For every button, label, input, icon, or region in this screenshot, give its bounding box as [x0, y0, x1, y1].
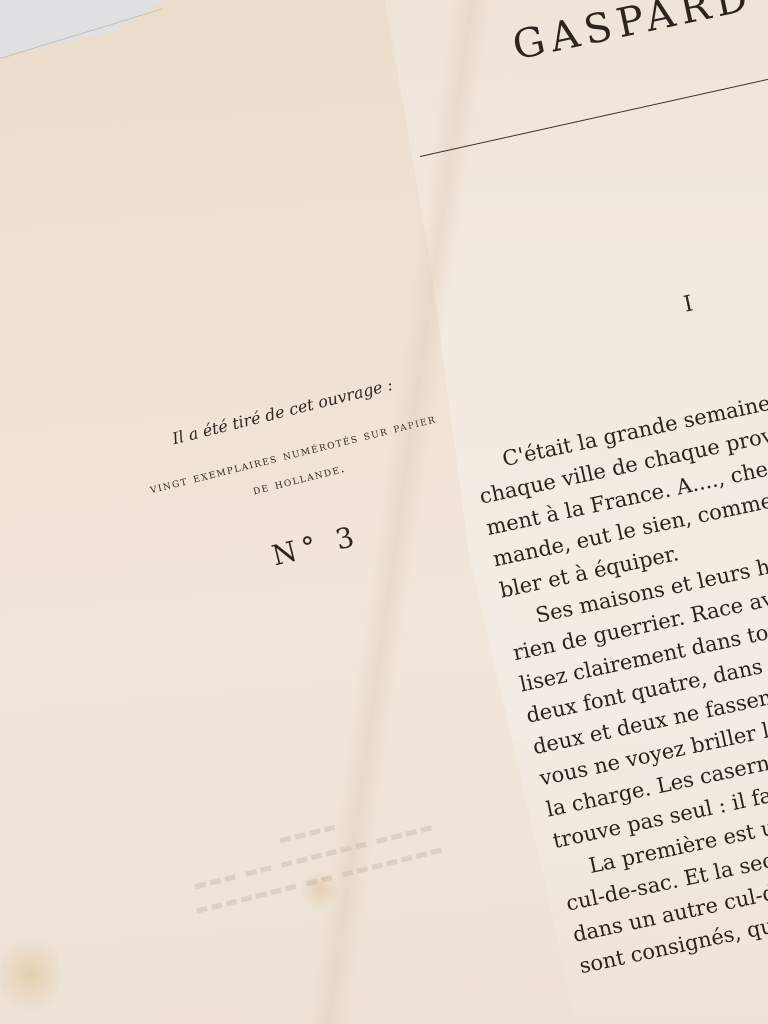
foxing-stain — [0, 930, 60, 1020]
